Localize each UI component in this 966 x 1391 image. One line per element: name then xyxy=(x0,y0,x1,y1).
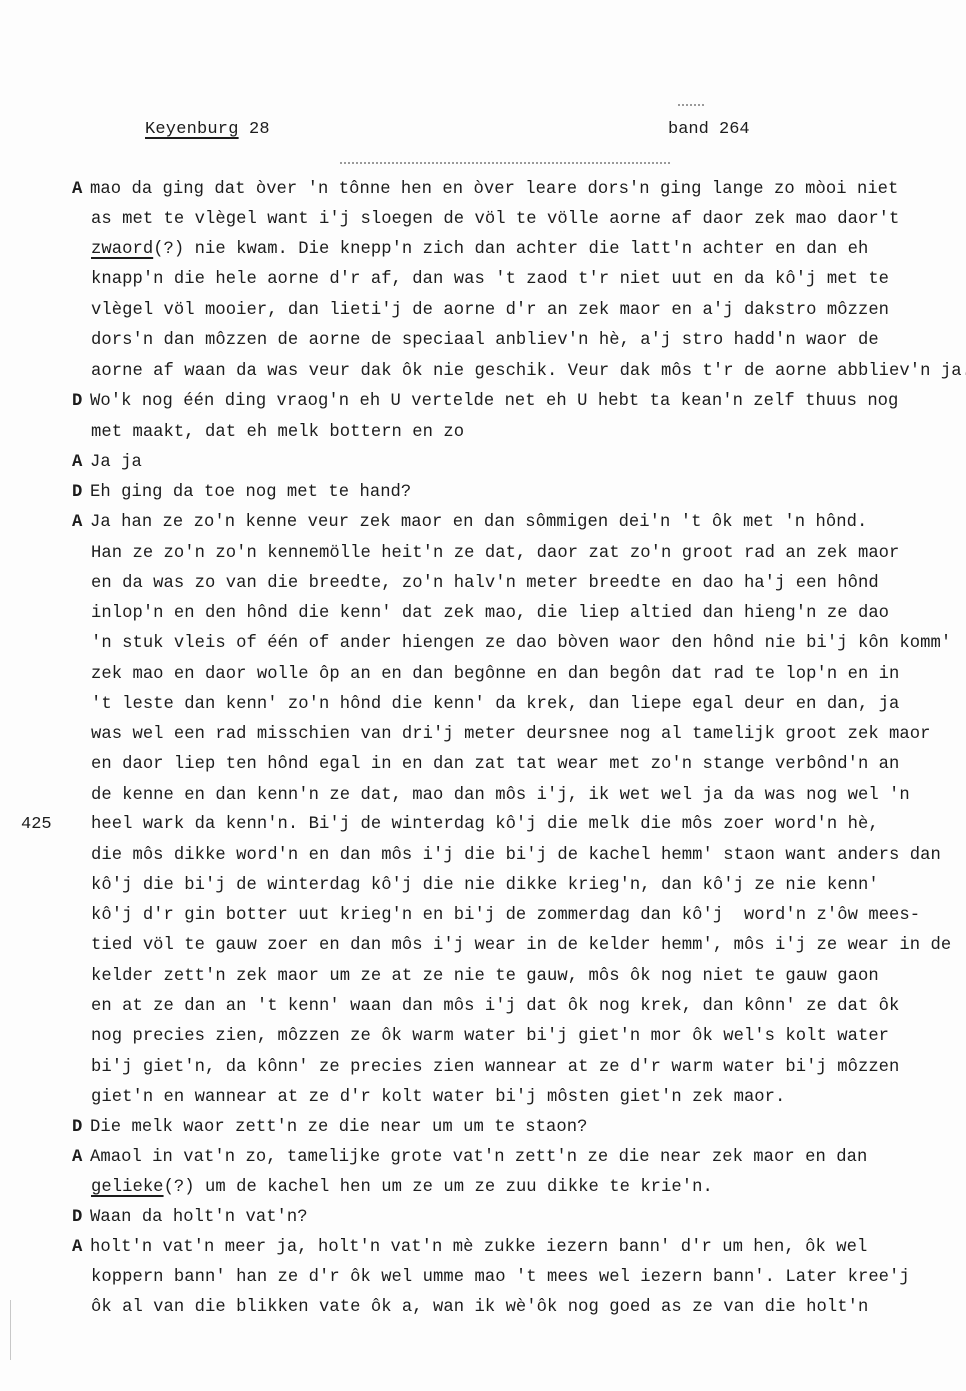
margin-mark xyxy=(10,1300,11,1360)
transcript-line-text: as met te vlègel want i'j sloegen de völ… xyxy=(91,210,899,229)
transcript-line: holt'n vat'n meer ja, holt'n vat'n mè zu… xyxy=(90,1238,867,1258)
transcript-line-text: Han ze zo'n zo'n kennemölle heit'n ze da… xyxy=(91,544,899,563)
scan-noise-dots xyxy=(340,162,670,166)
transcript-line-text: Ja han ze zo'n kenne veur zek maor en da… xyxy=(90,513,867,532)
speaker-label: D xyxy=(72,392,82,412)
header-place: Keyenburg 28 xyxy=(145,120,270,139)
transcript-line-text: 't leste dan kenn' zo'n hônd die kenn' d… xyxy=(91,695,899,714)
uncertain-word: zwaord xyxy=(91,240,153,259)
transcript-line-text: (?) nie kwam. Die knepp'n zich dan achte… xyxy=(153,240,868,259)
transcript-line: zwaord(?) nie kwam. Die knepp'n zich dan… xyxy=(91,240,868,260)
transcript-line-text: kô'j die bi'j de winterdag kô'j die nie … xyxy=(91,876,879,895)
speaker-label: A xyxy=(72,1238,82,1258)
transcript-line-text: holt'n vat'n meer ja, holt'n vat'n mè zu… xyxy=(90,1238,867,1257)
transcript-line: koppern bann' han ze d'r ôk wel umme mao… xyxy=(91,1268,910,1288)
transcript-line-text: Die melk waor zett'n ze die near um um t… xyxy=(90,1118,587,1137)
transcript-line: Waan da holt'n vat'n? xyxy=(90,1208,308,1228)
uncertain-word: gelieke xyxy=(91,1178,164,1197)
transcript-line: heel wark da kenn'n. Bi'j de winterdag k… xyxy=(91,815,879,835)
transcript-line: giet'n en wannear at ze d'r kolt water b… xyxy=(91,1088,785,1108)
transcript-line-text: vlègel völ mooier, dan lieti'j de aorne … xyxy=(91,301,889,320)
transcript-line: en at ze dan an 't kenn' waan dan môs i'… xyxy=(91,997,899,1017)
transcript-line-text: (?) um de kachel hen um ze um ze zuu dik… xyxy=(164,1178,713,1197)
speaker-label: A xyxy=(72,513,82,533)
transcript-line: kô'j die bi'j de winterdag kô'j die nie … xyxy=(91,876,879,896)
transcript-line: nog precies zien, môzzen ze ôk warm wate… xyxy=(91,1027,889,1047)
transcript-line-text: en daor liep ten hônd egal in en dan zat… xyxy=(91,755,899,774)
transcript-line: ôk al van die blikken vate ôk a, wan ik … xyxy=(91,1298,868,1318)
transcript-line-text: ôk al van die blikken vate ôk a, wan ik … xyxy=(91,1298,868,1317)
transcript-line-text: aorne af waan da was veur dak ôk nie ges… xyxy=(91,362,966,381)
transcript-line-text: de kenne en dan kenn'n ze dat, mao dan m… xyxy=(91,786,910,805)
transcript-line: tied völ te gauw zoer en dan môs i'j wea… xyxy=(91,936,951,956)
transcript-line-text: bi'j giet'n, da kônn' ze precies zien wa… xyxy=(91,1058,899,1077)
transcript-line: aorne af waan da was veur dak ôk nie ges… xyxy=(91,362,966,382)
transcript-line-text: 'n stuk vleis of één of ander hiengen ze… xyxy=(91,634,951,653)
transcript-line: bi'j giet'n, da kônn' ze precies zien wa… xyxy=(91,1058,899,1078)
transcript-line: gelieke(?) um de kachel hen um ze um ze … xyxy=(91,1178,713,1198)
transcript-line: Ja ja xyxy=(90,453,142,473)
scan-noise-dots-top xyxy=(678,104,704,108)
transcript-page: Keyenburg 28 band 264 425 Amao da ging d… xyxy=(0,0,966,1391)
transcript-line: Amaol in vat'n zo, tamelijke grote vat'n… xyxy=(90,1148,867,1168)
transcript-line-text: nog precies zien, môzzen ze ôk warm wate… xyxy=(91,1027,889,1046)
transcript-line-text: was wel een rad misschien van dri'j mete… xyxy=(91,725,931,744)
transcript-line-text: koppern bann' han ze d'r ôk wel umme mao… xyxy=(91,1268,910,1287)
transcript-line: met maakt, dat eh melk bottern en zo xyxy=(91,423,464,443)
transcript-line: de kenne en dan kenn'n ze dat, mao dan m… xyxy=(91,786,910,806)
transcript-line: 'n stuk vleis of één of ander hiengen ze… xyxy=(91,634,951,654)
transcript-line: 't leste dan kenn' zo'n hônd die kenn' d… xyxy=(91,695,899,715)
transcript-line-text: met maakt, dat eh melk bottern en zo xyxy=(91,423,464,442)
transcript-line-text: kô'j d'r gin botter uut krieg'n en bi'j … xyxy=(91,906,920,925)
header-tape-label: band 264 xyxy=(668,120,750,139)
margin-line-number: 425 xyxy=(21,815,52,835)
transcript-line-text: zek mao en daor wolle ôp an en dan begôn… xyxy=(91,665,899,684)
transcript-line: Eh ging da toe nog met te hand? xyxy=(90,483,411,503)
transcript-line: Die melk waor zett'n ze die near um um t… xyxy=(90,1118,587,1138)
transcript-line-text: en da was zo van die breedte, zo'n halv'… xyxy=(91,574,879,593)
transcript-line-text: inlop'n en den hônd die kenn' dat zek ma… xyxy=(91,604,889,623)
transcript-line: vlègel völ mooier, dan lieti'j de aorne … xyxy=(91,301,889,321)
transcript-line-text: die môs dikke word'n en dan môs i'j die … xyxy=(91,846,941,865)
speaker-label: A xyxy=(72,453,82,473)
transcript-line: kelder zett'n zek maor um ze at ze nie t… xyxy=(91,967,879,987)
transcript-line-text: Wo'k nog één ding vraog'n eh U vertelde … xyxy=(90,392,898,411)
transcript-line: dors'n dan môzzen de aorne de speciaal a… xyxy=(91,331,879,351)
transcript-line: en da was zo van die breedte, zo'n halv'… xyxy=(91,574,879,594)
speaker-label: D xyxy=(72,1208,82,1228)
transcript-line-text: Eh ging da toe nog met te hand? xyxy=(90,483,411,502)
header-place-number: 28 xyxy=(249,120,270,139)
header-place-name: Keyenburg xyxy=(145,120,239,139)
transcript-line-text: en at ze dan an 't kenn' waan dan môs i'… xyxy=(91,997,899,1016)
transcript-line-text: tied völ te gauw zoer en dan môs i'j wea… xyxy=(91,936,951,955)
transcript-line: en daor liep ten hônd egal in en dan zat… xyxy=(91,755,899,775)
speaker-label: A xyxy=(72,180,82,200)
speaker-label: A xyxy=(72,1148,82,1168)
transcript-line: kô'j d'r gin botter uut krieg'n en bi'j … xyxy=(91,906,920,926)
transcript-line: mao da ging dat òver 'n tônne hen en òve… xyxy=(90,180,898,200)
transcript-line-text: heel wark da kenn'n. Bi'j de winterdag k… xyxy=(91,815,879,834)
transcript-line-text: Amaol in vat'n zo, tamelijke grote vat'n… xyxy=(90,1148,867,1167)
transcript-line-text: mao da ging dat òver 'n tônne hen en òve… xyxy=(90,180,898,199)
transcript-line: knapp'n die hele aorne d'r af, dan was '… xyxy=(91,270,889,290)
transcript-line: was wel een rad misschien van dri'j mete… xyxy=(91,725,931,745)
transcript-line-text: kelder zett'n zek maor um ze at ze nie t… xyxy=(91,967,879,986)
transcript-line: Han ze zo'n zo'n kennemölle heit'n ze da… xyxy=(91,544,899,564)
transcript-line: inlop'n en den hônd die kenn' dat zek ma… xyxy=(91,604,889,624)
speaker-label: D xyxy=(72,483,82,503)
transcript-line-text: Ja ja xyxy=(90,453,142,472)
transcript-line: Ja han ze zo'n kenne veur zek maor en da… xyxy=(90,513,867,533)
transcript-line-text: knapp'n die hele aorne d'r af, dan was '… xyxy=(91,270,889,289)
transcript-line: die môs dikke word'n en dan môs i'j die … xyxy=(91,846,941,866)
transcript-line: zek mao en daor wolle ôp an en dan begôn… xyxy=(91,665,899,685)
transcript-line-text: Waan da holt'n vat'n? xyxy=(90,1208,308,1227)
transcript-line: as met te vlègel want i'j sloegen de völ… xyxy=(91,210,899,230)
transcript-line: Wo'k nog één ding vraog'n eh U vertelde … xyxy=(90,392,898,412)
speaker-label: D xyxy=(72,1118,82,1138)
transcript-line-text: dors'n dan môzzen de aorne de speciaal a… xyxy=(91,331,879,350)
transcript-line-text: giet'n en wannear at ze d'r kolt water b… xyxy=(91,1088,785,1107)
